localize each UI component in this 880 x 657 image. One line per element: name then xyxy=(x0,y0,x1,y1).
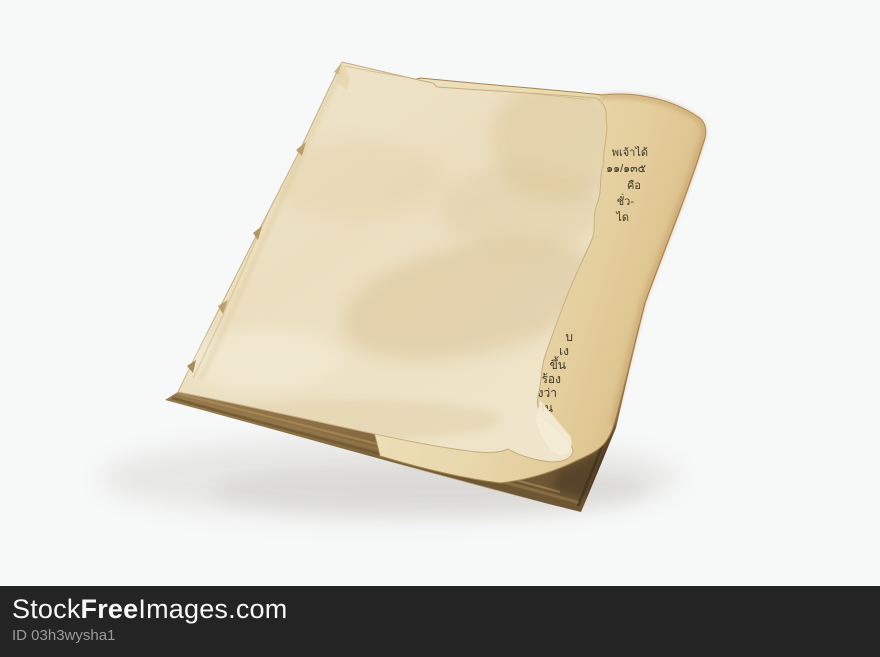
watermark-image-id: ID 03h3wysha1 xyxy=(12,627,880,644)
watermark-brand-images: Images.com xyxy=(138,594,287,624)
book-illustration: พเจ้าได้ ๑๑/๑๓๕ คือ ชั่ว- ได บ เง ขึ้น ร… xyxy=(0,0,880,657)
stock-photo: พเจ้าได้ ๑๑/๑๓๕ คือ ชั่ว- ได บ เง ขึ้น ร… xyxy=(0,0,880,657)
thai-text-fragment: ชั่ว- xyxy=(617,193,635,208)
thai-text-fragment: ได xyxy=(615,211,629,224)
watermark-brand: StockFreeImages.com xyxy=(12,595,880,624)
watermark-bar: StockFreeImages.com ID 03h3wysha1 xyxy=(0,586,880,657)
thai-text-fragment: ร้อง xyxy=(541,372,561,386)
thai-text-fragment: คือ xyxy=(627,179,641,192)
thai-text-fragment: งว่า xyxy=(538,386,557,400)
thai-text-fragment: พเจ้าได้ xyxy=(612,146,648,159)
thai-text-fragment: เง xyxy=(559,344,569,358)
thai-text-fragment: ขึ้น xyxy=(550,356,566,372)
watermark-brand-stock: Stock xyxy=(12,594,81,624)
watermark-brand-free: Free xyxy=(81,594,139,624)
thai-text-fragment: บ xyxy=(565,330,573,344)
thai-text-fragment: ๑๑/๑๓๕ xyxy=(606,163,646,175)
